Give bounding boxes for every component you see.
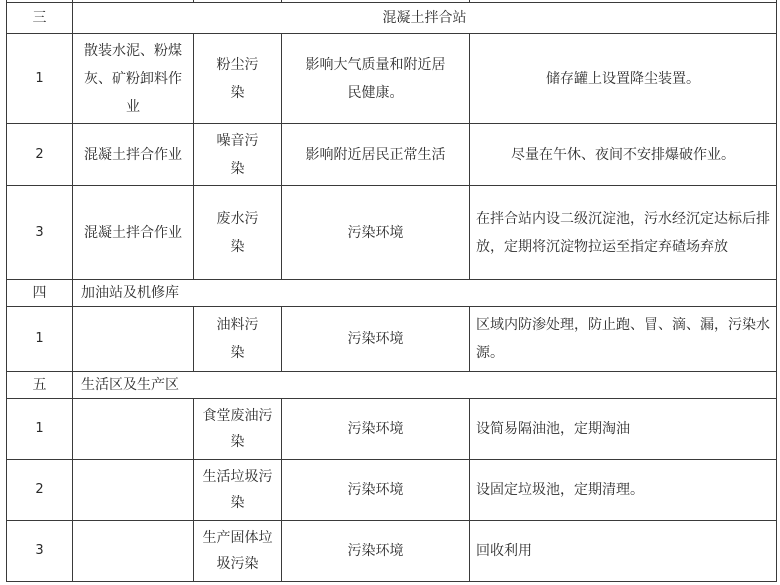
section-title: 生活区及生产区 bbox=[73, 372, 777, 399]
section-index: 三 bbox=[7, 3, 73, 34]
impact: 影响附近居民正常生活 bbox=[282, 124, 470, 186]
pollution-source bbox=[73, 521, 194, 582]
row-number: 2 bbox=[7, 124, 73, 186]
mitigation-measure: 在拌合站内设二级沉淀池，污水经沉定达标后排放，定期将沉淀物拉运至指定弃碴场弃放 bbox=[470, 186, 777, 280]
pollution-source bbox=[73, 460, 194, 521]
section-header-row: 五 生活区及生产区 bbox=[7, 372, 777, 399]
row-number: 1 bbox=[7, 34, 73, 124]
row-number: 3 bbox=[7, 186, 73, 280]
pollution-source bbox=[73, 399, 194, 460]
row-number: 1 bbox=[7, 307, 73, 372]
pollution-source bbox=[73, 307, 194, 372]
pollution-type: 油料污染 bbox=[194, 307, 282, 372]
row-number: 1 bbox=[7, 399, 73, 460]
table-row: 1 散装水泥、粉煤灰、矿粉卸料作业 粉尘污染 影响大气质量和附近居民健康。 储存… bbox=[7, 34, 777, 124]
section-title: 混凝土拌合站 bbox=[73, 3, 777, 34]
section-header-row: 四 加油站及机修库 bbox=[7, 280, 777, 307]
pollution-type: 生活垃圾污染 bbox=[194, 460, 282, 521]
impact: 影响大气质量和附近居民健康。 bbox=[282, 34, 470, 124]
impact: 污染环境 bbox=[282, 399, 470, 460]
pollution-type: 生产固体垃圾污染 bbox=[194, 521, 282, 582]
table-row: 2 生活垃圾污染 污染环境 设固定垃圾池，定期清理。 bbox=[7, 460, 777, 521]
environmental-measures-table: 三 混凝土拌合站 1 散装水泥、粉煤灰、矿粉卸料作业 粉尘污染 影响大气质量和附… bbox=[6, 0, 777, 582]
mitigation-measure: 设固定垃圾池，定期清理。 bbox=[470, 460, 777, 521]
impact: 污染环境 bbox=[282, 307, 470, 372]
section-title: 加油站及机修库 bbox=[73, 280, 777, 307]
table-row: 3 生产固体垃圾污染 污染环境 回收利用 bbox=[7, 521, 777, 582]
section-index: 四 bbox=[7, 280, 73, 307]
mitigation-measure: 设简易隔油池，定期淘油 bbox=[470, 399, 777, 460]
pollution-source: 散装水泥、粉煤灰、矿粉卸料作业 bbox=[73, 34, 194, 124]
row-number: 2 bbox=[7, 460, 73, 521]
pollution-source: 混凝土拌合作业 bbox=[73, 186, 194, 280]
impact: 污染环境 bbox=[282, 521, 470, 582]
pollution-type: 噪音污染 bbox=[194, 124, 282, 186]
impact: 污染环境 bbox=[282, 186, 470, 280]
mitigation-measure: 区域内防渗处理，防止跑、冒、滴、漏，污染水源。 bbox=[470, 307, 777, 372]
pollution-type: 食堂废油污染 bbox=[194, 399, 282, 460]
mitigation-measure: 尽量在午休、夜间不安排爆破作业。 bbox=[470, 124, 777, 186]
row-number: 3 bbox=[7, 521, 73, 582]
table-row: 1 食堂废油污染 污染环境 设简易隔油池，定期淘油 bbox=[7, 399, 777, 460]
pollution-source: 混凝土拌合作业 bbox=[73, 124, 194, 186]
section-index: 五 bbox=[7, 372, 73, 399]
table-row: 2 混凝土拌合作业 噪音污染 影响附近居民正常生活 尽量在午休、夜间不安排爆破作… bbox=[7, 124, 777, 186]
mitigation-measure: 储存罐上设置降尘装置。 bbox=[470, 34, 777, 124]
pollution-type: 废水污染 bbox=[194, 186, 282, 280]
pollution-type: 粉尘污染 bbox=[194, 34, 282, 124]
impact: 污染环境 bbox=[282, 460, 470, 521]
mitigation-measure: 回收利用 bbox=[470, 521, 777, 582]
section-header-row: 三 混凝土拌合站 bbox=[7, 3, 777, 34]
table-row: 3 混凝土拌合作业 废水污染 污染环境 在拌合站内设二级沉淀池，污水经沉定达标后… bbox=[7, 186, 777, 280]
table-row: 1 油料污染 污染环境 区域内防渗处理，防止跑、冒、滴、漏，污染水源。 bbox=[7, 307, 777, 372]
